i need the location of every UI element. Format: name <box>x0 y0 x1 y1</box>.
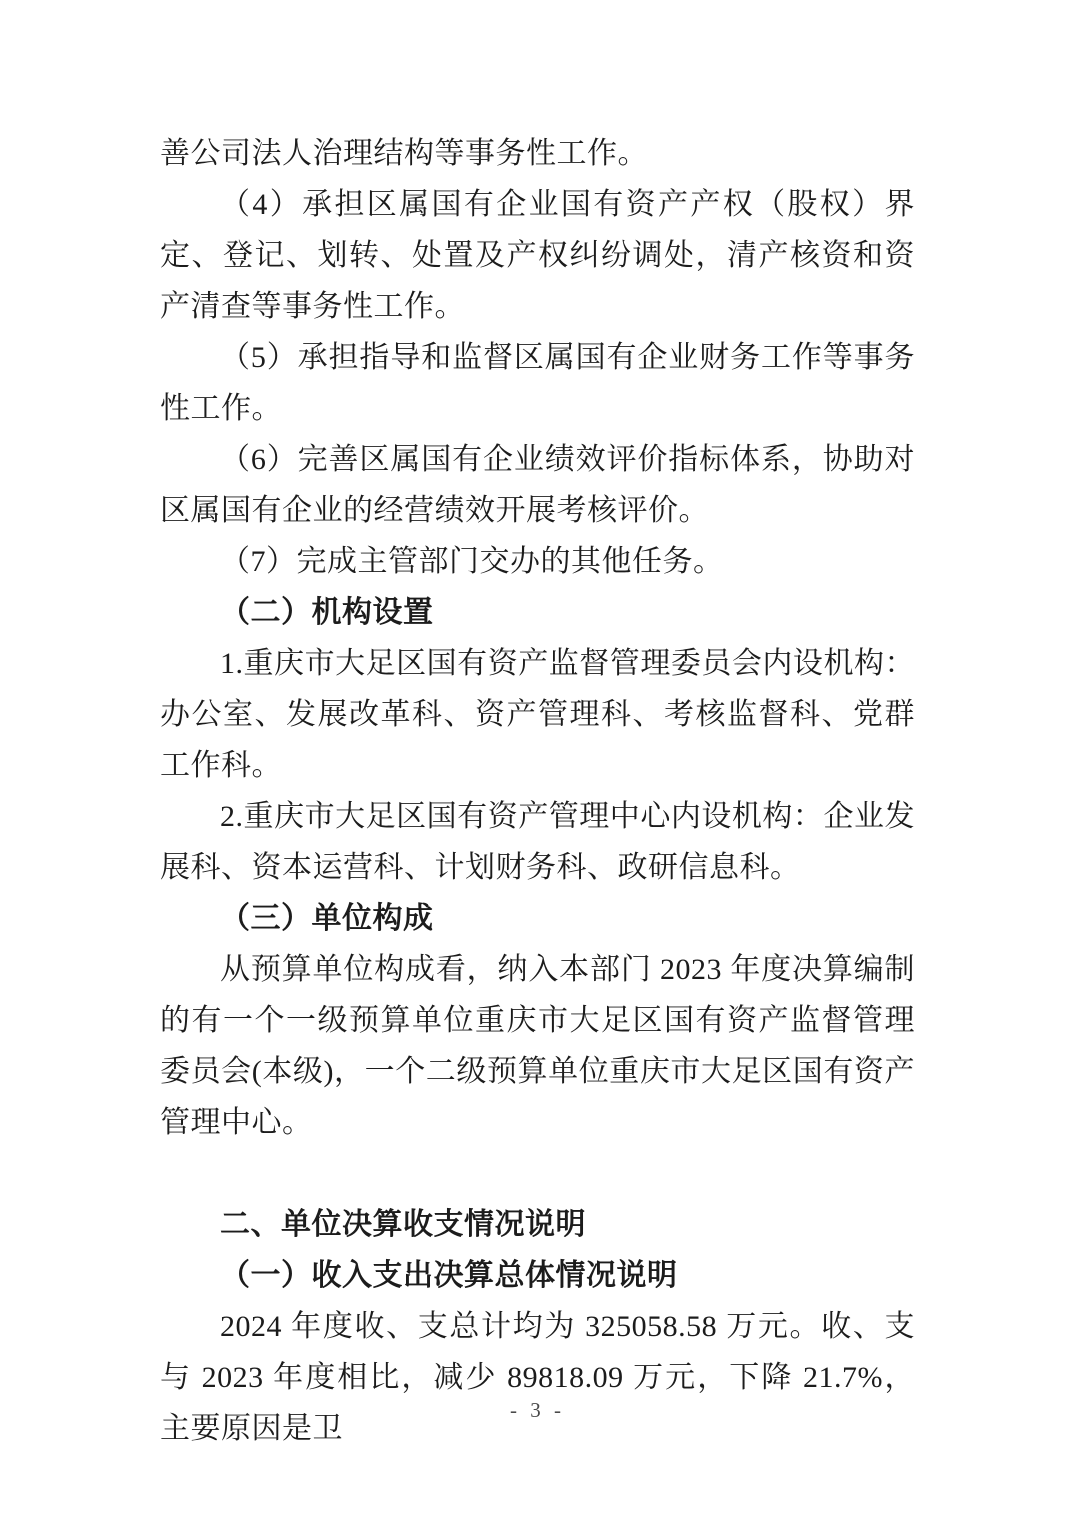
document-page: 善公司法人治理结构等事务性工作。 （4）承担区属国有企业国有资产产权（股权）界定… <box>0 0 1075 1520</box>
paragraph-item-7: （7）完成主管部门交办的其他任务。 <box>160 536 915 587</box>
paragraph-item-4: （4）承担区属国有企业国有资产产权（股权）界定、登记、划转、处置及产权纠纷调处，… <box>160 179 915 332</box>
paragraph-totals-2024: 2024 年度收、支总计均为 325058.58 万元。收、支与 2023 年度… <box>160 1301 915 1454</box>
document-content: 善公司法人治理结构等事务性工作。 （4）承担区属国有企业国有资产产权（股权）界定… <box>160 128 915 1454</box>
paragraph-continuation: 善公司法人治理结构等事务性工作。 <box>160 128 915 179</box>
paragraph-item-6: （6）完善区属国有企业绩效评价指标体系，协助对区属国有企业的经营绩效开展考核评价… <box>160 434 915 536</box>
paragraph-item-5: （5）承担指导和监督区属国有企业财务工作等事务性工作。 <box>160 332 915 434</box>
paragraph-internal-org-2: 2.重庆市大足区国有资产管理中心内设机构：企业发展科、资本运营科、计划财务科、政… <box>160 791 915 893</box>
paragraph-budget-units: 从预算单位构成看，纳入本部门 2023 年度决算编制的有一个一级预算单位重庆市大… <box>160 944 915 1148</box>
paragraph-internal-org-1: 1.重庆市大足区国有资产监督管理委员会内设机构：办公室、发展改革科、资产管理科、… <box>160 638 915 791</box>
page-number: - 3 - <box>510 1398 565 1422</box>
page-footer: - 3 - <box>0 1398 1075 1423</box>
sub-heading-unit-composition: （三）单位构成 <box>160 893 915 944</box>
sub-heading-revenue-expenditure-overview: （一）收入支出决算总体情况说明 <box>160 1250 915 1301</box>
chapter-heading-final-accounts: 二、单位决算收支情况说明 <box>160 1199 915 1250</box>
sub-heading-organization-setup: （二）机构设置 <box>160 587 915 638</box>
